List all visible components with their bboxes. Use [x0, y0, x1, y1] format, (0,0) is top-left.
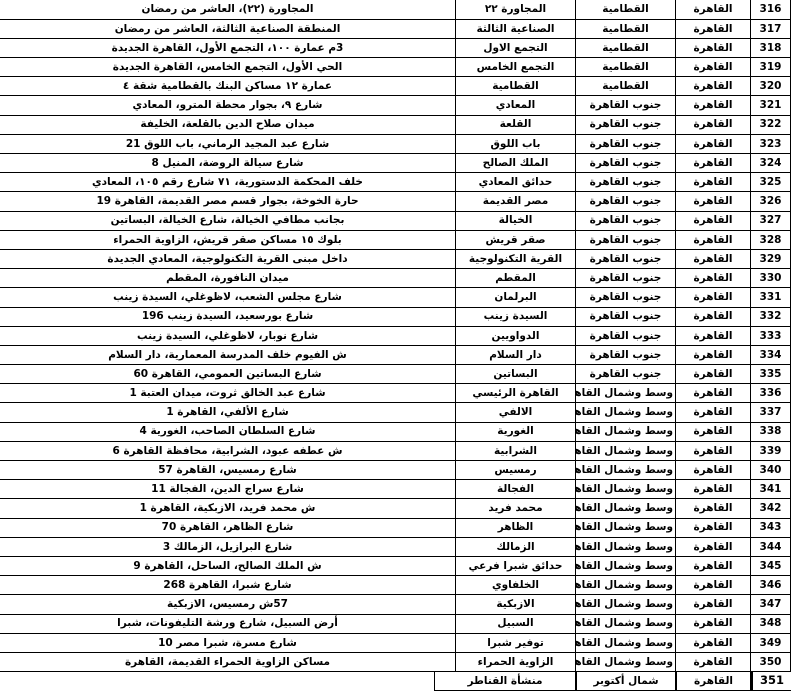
district-cell: الدواويين: [456, 326, 576, 345]
city-cell: القاهرة: [676, 38, 751, 57]
region-cell: جنوب القاهرة: [576, 249, 676, 268]
city-cell: القاهرة: [676, 672, 751, 691]
table-row: 340القاهرةوسط وشمال القاهرةرمسيسشارع رمس…: [0, 461, 791, 480]
row-number-cell: 323: [751, 134, 791, 153]
district-cell: رمسيس: [456, 461, 576, 480]
district-cell: التجمع الاول: [456, 38, 576, 57]
address-cell: شارع الألفي، القاهرة 1: [0, 403, 456, 422]
address-cell: شارع ٩، بجوار محطة المترو، المعادي: [0, 96, 456, 115]
address-cell: بلوك ١٥ مساكن صقر قريش، الزاوية الحمراء: [0, 230, 456, 249]
table-row: 342القاهرةوسط وشمال القاهرةمحمد فريدش مح…: [0, 499, 791, 518]
address-cell: ميدان النافورة، المقطم: [0, 269, 456, 288]
district-cell: الظاهر: [456, 518, 576, 537]
region-cell: القطامية: [576, 77, 676, 96]
table-row: 326القاهرةجنوب القاهرةمصر القديمةحارة ال…: [0, 192, 791, 211]
table-row: 349القاهرةوسط وشمال القاهرةتوفير شبراشار…: [0, 633, 791, 652]
address-cell: شارع السلطان الصاحب، الغورية 4: [0, 422, 456, 441]
table-row: 334القاهرةجنوب القاهرةدار السلامش الفيوم…: [0, 345, 791, 364]
branches-table-page: 316القاهرةالقطاميةالمجاورة ٢٢المجاورة (٢…: [0, 0, 791, 691]
region-cell: وسط وشمال القاهرة: [576, 384, 676, 403]
row-number-cell: 324: [751, 154, 791, 173]
region-cell: وسط وشمال القاهرة: [576, 576, 676, 595]
table-row: 322القاهرةجنوب القاهرةالقلعةميدان صلاح ا…: [0, 115, 791, 134]
address-cell: شارع عبد الخالق ثروت، ميدان العتبة 1: [0, 384, 456, 403]
region-cell: جنوب القاهرة: [576, 345, 676, 364]
row-number-cell: 326: [751, 192, 791, 211]
row-number-cell: 322: [751, 115, 791, 134]
region-cell: وسط وشمال القاهرة: [576, 518, 676, 537]
city-cell: القاهرة: [676, 58, 751, 77]
region-cell: وسط وشمال القاهرة: [576, 422, 676, 441]
row-number-cell: 318: [751, 38, 791, 57]
city-cell: القاهرة: [676, 537, 751, 556]
address-cell: شارع سيالة الروضة، المنيل 8: [0, 154, 456, 173]
city-cell: القاهرة: [676, 115, 751, 134]
city-cell: القاهرة: [676, 77, 751, 96]
district-cell: الزاوية الحمراء: [456, 652, 576, 671]
row-number-cell: 346: [751, 576, 791, 595]
district-cell: الالفي: [456, 403, 576, 422]
row-number-cell: 316: [751, 0, 791, 19]
district-cell: الملك الصالح: [456, 154, 576, 173]
city-cell: القاهرة: [676, 384, 751, 403]
region-cell: وسط وشمال القاهرة: [576, 403, 676, 422]
district-cell: منشأة القناطر: [434, 672, 576, 691]
address-cell: مساكن الزاوية الحمراء القديمة، القاهرة: [0, 652, 456, 671]
district-cell: البرلمان: [456, 288, 576, 307]
district-cell: الغورية: [456, 422, 576, 441]
region-cell: وسط وشمال القاهرة: [576, 441, 676, 460]
region-cell: القطامية: [576, 58, 676, 77]
city-cell: القاهرة: [676, 556, 751, 575]
city-cell: القاهرة: [676, 96, 751, 115]
address-cell: شارع رمسيس، القاهرة 57: [0, 461, 456, 480]
row-number-cell: 337: [751, 403, 791, 422]
table-row: 350القاهرةوسط وشمال القاهرةالزاوية الحمر…: [0, 652, 791, 671]
district-cell: السبيل: [456, 614, 576, 633]
address-cell: 3م عمارة ١٠٠، التجمع الأول، القاهرة الجد…: [0, 38, 456, 57]
region-cell: جنوب القاهرة: [576, 115, 676, 134]
region-cell: القطامية: [576, 38, 676, 57]
address-cell: شارع سراج الدين، الفجالة 11: [0, 480, 456, 499]
address-cell: شارع بورسعيد، السيدة زينب 196: [0, 307, 456, 326]
district-cell: القرية التكنولوجية: [456, 249, 576, 268]
city-cell: القاهرة: [676, 154, 751, 173]
table-row: 335القاهرةجنوب القاهرةالبساتينشارع البسا…: [0, 365, 791, 384]
table-row: 330القاهرةجنوب القاهرةالمقطمميدان النافو…: [0, 269, 791, 288]
row-number-cell: 327: [751, 211, 791, 230]
address-cell: شارع مسرة، شبرا مصر 10: [0, 633, 456, 652]
row-number-cell: 342: [751, 499, 791, 518]
district-cell: الازبكية: [456, 595, 576, 614]
table-row: 327القاهرةجنوب القاهرةالخيالةبجانب مطافي…: [0, 211, 791, 230]
table-row: 328القاهرةجنوب القاهرةصقر قريشبلوك ١٥ مس…: [0, 230, 791, 249]
district-cell: المجاورة ٢٢: [456, 0, 576, 19]
row-number-cell: 320: [751, 77, 791, 96]
city-cell: القاهرة: [676, 461, 751, 480]
row-number-cell: 321: [751, 96, 791, 115]
city-cell: القاهرة: [676, 288, 751, 307]
address-cell: الحي الأول، التجمع الخامس، القاهرة الجدي…: [0, 58, 456, 77]
district-cell: الصناعية الثالثة: [456, 19, 576, 38]
region-cell: وسط وشمال القاهرة: [576, 461, 676, 480]
address-cell: شارع عبد المجيد الرماني، باب اللوق 21: [0, 134, 456, 153]
region-cell: جنوب القاهرة: [576, 154, 676, 173]
district-cell: البساتين: [456, 365, 576, 384]
table-row: 346القاهرةوسط وشمال القاهرةالخلفاويشارع …: [0, 576, 791, 595]
row-number-cell: 347: [751, 595, 791, 614]
region-cell: شمال أكتوبر: [576, 672, 676, 691]
table-row: 333القاهرةجنوب القاهرةالدواويينشارع نوبا…: [0, 326, 791, 345]
row-number-cell: 319: [751, 58, 791, 77]
row-number-cell: 341: [751, 480, 791, 499]
city-cell: القاهرة: [676, 441, 751, 460]
city-cell: القاهرة: [676, 173, 751, 192]
branches-table: 316القاهرةالقطاميةالمجاورة ٢٢المجاورة (٢…: [0, 0, 791, 672]
district-cell: محمد فريد: [456, 499, 576, 518]
address-cell: ش عطفه عبود، الشرابية، محافظة القاهرة 6: [0, 441, 456, 460]
address-cell: شارع مجلس الشعب، لاظوغلي، السيدة زينب: [0, 288, 456, 307]
table-row: 344القاهرةوسط وشمال القاهرةالزمالكشارع ا…: [0, 537, 791, 556]
city-cell: القاهرة: [676, 518, 751, 537]
district-cell: صقر قريش: [456, 230, 576, 249]
city-cell: القاهرة: [676, 595, 751, 614]
district-cell: مصر القديمة: [456, 192, 576, 211]
region-cell: وسط وشمال القاهرة: [576, 480, 676, 499]
city-cell: القاهرة: [676, 365, 751, 384]
address-cell: شارع الظاهر، القاهرة 70: [0, 518, 456, 537]
district-cell: الخلفاوي: [456, 576, 576, 595]
city-cell: القاهرة: [676, 576, 751, 595]
table-row: 323القاهرةجنوب القاهرةباب اللوقشارع عبد …: [0, 134, 791, 153]
row-number-cell: 351: [751, 672, 791, 691]
table-row: 331القاهرةجنوب القاهرةالبرلمانشارع مجلس …: [0, 288, 791, 307]
region-cell: جنوب القاهرة: [576, 365, 676, 384]
city-cell: القاهرة: [676, 422, 751, 441]
table-row: 325القاهرةجنوب القاهرةحدائق المعاديخلف ا…: [0, 173, 791, 192]
table-row: 337القاهرةوسط وشمال القاهرةالالفيشارع ال…: [0, 403, 791, 422]
table-row: 343القاهرةوسط وشمال القاهرةالظاهرشارع ال…: [0, 518, 791, 537]
district-cell: الفجالة: [456, 480, 576, 499]
table-row: 348القاهرةوسط وشمال القاهرةالسبيلأرض الس…: [0, 614, 791, 633]
district-cell: السيدة زينب: [456, 307, 576, 326]
city-cell: القاهرة: [676, 211, 751, 230]
table-row: 347القاهرةوسط وشمال القاهرةالازبكية57ش ر…: [0, 595, 791, 614]
city-cell: القاهرة: [676, 19, 751, 38]
row-number-cell: 350: [751, 652, 791, 671]
empty-address-area: [0, 672, 434, 691]
row-number-cell: 340: [751, 461, 791, 480]
district-cell: الشرابية: [456, 441, 576, 460]
district-cell: التجمع الخامس: [456, 58, 576, 77]
region-cell: جنوب القاهرة: [576, 307, 676, 326]
address-cell: المنطقة الصناعية الثالثة، العاشر من رمضا…: [0, 19, 456, 38]
region-cell: وسط وشمال القاهرة: [576, 499, 676, 518]
region-cell: جنوب القاهرة: [576, 269, 676, 288]
table-row: 319القاهرةالقطاميةالتجمع الخامسالحي الأو…: [0, 58, 791, 77]
table-row: 332القاهرةجنوب القاهرةالسيدة زينبشارع بو…: [0, 307, 791, 326]
city-cell: القاهرة: [676, 480, 751, 499]
address-cell: خلف المحكمة الدستورية، ٧١ شارع رقم ١٠٥، …: [0, 173, 456, 192]
address-cell: ش الملك الصالح، الساحل، القاهرة 9: [0, 556, 456, 575]
row-number-cell: 335: [751, 365, 791, 384]
region-cell: القطامية: [576, 19, 676, 38]
city-cell: القاهرة: [676, 614, 751, 633]
row-number-cell: 334: [751, 345, 791, 364]
address-cell: عمارة ١٢ مساكن البنك بالقطامية شقة ٤: [0, 77, 456, 96]
row-number-cell: 332: [751, 307, 791, 326]
row-number-cell: 338: [751, 422, 791, 441]
district-cell: حدائق المعادي: [456, 173, 576, 192]
table-row: 339القاهرةوسط وشمال القاهرةالشرابيةش عطف…: [0, 441, 791, 460]
region-cell: جنوب القاهرة: [576, 192, 676, 211]
address-cell: بجانب مطافي الخيالة، شارع الخيالة، البسا…: [0, 211, 456, 230]
region-cell: جنوب القاهرة: [576, 96, 676, 115]
city-cell: القاهرة: [676, 633, 751, 652]
row-number-cell: 339: [751, 441, 791, 460]
table-row: 318القاهرةالقطاميةالتجمع الاول3م عمارة ١…: [0, 38, 791, 57]
row-number-cell: 331: [751, 288, 791, 307]
row-number-cell: 345: [751, 556, 791, 575]
address-cell: شارع البرازيل، الزمالك 3: [0, 537, 456, 556]
region-cell: جنوب القاهرة: [576, 230, 676, 249]
city-cell: القاهرة: [676, 499, 751, 518]
district-cell: القاهرة الرئيسي: [456, 384, 576, 403]
table-row: 338القاهرةوسط وشمال القاهرةالغوريةشارع ا…: [0, 422, 791, 441]
address-cell: 57ش رمسيس، الازبكية: [0, 595, 456, 614]
region-cell: وسط وشمال القاهرة: [576, 537, 676, 556]
main-table-body: 316القاهرةالقطاميةالمجاورة ٢٢المجاورة (٢…: [0, 0, 791, 672]
city-cell: القاهرة: [676, 345, 751, 364]
table-row: 336القاهرةوسط وشمال القاهرةالقاهرة الرئي…: [0, 384, 791, 403]
district-cell: الخيالة: [456, 211, 576, 230]
region-cell: وسط وشمال القاهرة: [576, 595, 676, 614]
district-cell: باب اللوق: [456, 134, 576, 153]
address-cell: المجاورة (٢٢)، العاشر من رمضان: [0, 0, 456, 19]
address-cell: شارع نوبار، لاظوغلي، السيدة زينب: [0, 326, 456, 345]
region-cell: جنوب القاهرة: [576, 288, 676, 307]
row-number-cell: 336: [751, 384, 791, 403]
city-cell: القاهرة: [676, 230, 751, 249]
table-row: 324القاهرةجنوب القاهرةالملك الصالحشارع س…: [0, 154, 791, 173]
city-cell: القاهرة: [676, 0, 751, 19]
city-cell: القاهرة: [676, 134, 751, 153]
region-cell: جنوب القاهرة: [576, 173, 676, 192]
row-number-cell: 343: [751, 518, 791, 537]
city-cell: القاهرة: [676, 192, 751, 211]
row-number-cell: 348: [751, 614, 791, 633]
city-cell: القاهرة: [676, 249, 751, 268]
table-row: 317القاهرةالقطاميةالصناعية الثالثةالمنطق…: [0, 19, 791, 38]
address-cell: داخل مبنى القرية التكنولوجية، المعادي ال…: [0, 249, 456, 268]
address-cell: ش محمد فريد، الازبكية، القاهرة 1: [0, 499, 456, 518]
table-row: 345القاهرةوسط وشمال القاهرةحدائق شبرا فر…: [0, 556, 791, 575]
district-cell: توفير شبرا: [456, 633, 576, 652]
row-number-cell: 330: [751, 269, 791, 288]
table-row: 316القاهرةالقطاميةالمجاورة ٢٢المجاورة (٢…: [0, 0, 791, 19]
row-number-cell: 328: [751, 230, 791, 249]
table-row: 341القاهرةوسط وشمال القاهرةالفجالةشارع س…: [0, 480, 791, 499]
city-cell: القاهرة: [676, 307, 751, 326]
region-cell: جنوب القاهرة: [576, 134, 676, 153]
region-cell: القطامية: [576, 0, 676, 19]
address-cell: ش الفيوم خلف المدرسة المعمارية، دار السل…: [0, 345, 456, 364]
region-cell: وسط وشمال القاهرة: [576, 652, 676, 671]
district-cell: القلعة: [456, 115, 576, 134]
address-cell: حارة الخوخة، بجوار قسم مصر القديمة، القا…: [0, 192, 456, 211]
city-cell: القاهرة: [676, 269, 751, 288]
address-cell: ميدان صلاح الدين بالقلعة، الخليفة: [0, 115, 456, 134]
region-cell: جنوب القاهرة: [576, 326, 676, 345]
row-number-cell: 317: [751, 19, 791, 38]
city-cell: القاهرة: [676, 326, 751, 345]
address-cell: شارع شبرا، القاهرة 268: [0, 576, 456, 595]
district-cell: دار السلام: [456, 345, 576, 364]
region-cell: وسط وشمال القاهرة: [576, 633, 676, 652]
district-cell: المقطم: [456, 269, 576, 288]
row-number-cell: 329: [751, 249, 791, 268]
table-row: 321القاهرةجنوب القاهرةالمعاديشارع ٩، بجو…: [0, 96, 791, 115]
address-cell: شارع البساتين العمومي، القاهرة 60: [0, 365, 456, 384]
city-cell: القاهرة: [676, 403, 751, 422]
region-cell: جنوب القاهرة: [576, 211, 676, 230]
district-cell: المعادي: [456, 96, 576, 115]
region-cell: وسط وشمال القاهرة: [576, 614, 676, 633]
district-cell: حدائق شبرا فرعي: [456, 556, 576, 575]
address-cell: أرض السبيل، شارع ورشة التليفونات، شبرا: [0, 614, 456, 633]
district-cell: القطامية: [456, 77, 576, 96]
table-row: 320القاهرةالقطاميةالقطاميةعمارة ١٢ مساكن…: [0, 77, 791, 96]
row-number-cell: 333: [751, 326, 791, 345]
row-number-cell: 349: [751, 633, 791, 652]
table-row: 329القاهرةجنوب القاهرةالقرية التكنولوجية…: [0, 249, 791, 268]
row-number-cell: 344: [751, 537, 791, 556]
city-cell: القاهرة: [676, 652, 751, 671]
district-cell: الزمالك: [456, 537, 576, 556]
row-number-cell: 325: [751, 173, 791, 192]
table-row-351: 351 القاهرة شمال أكتوبر منشأة القناطر: [0, 672, 791, 691]
region-cell: وسط وشمال القاهرة: [576, 556, 676, 575]
